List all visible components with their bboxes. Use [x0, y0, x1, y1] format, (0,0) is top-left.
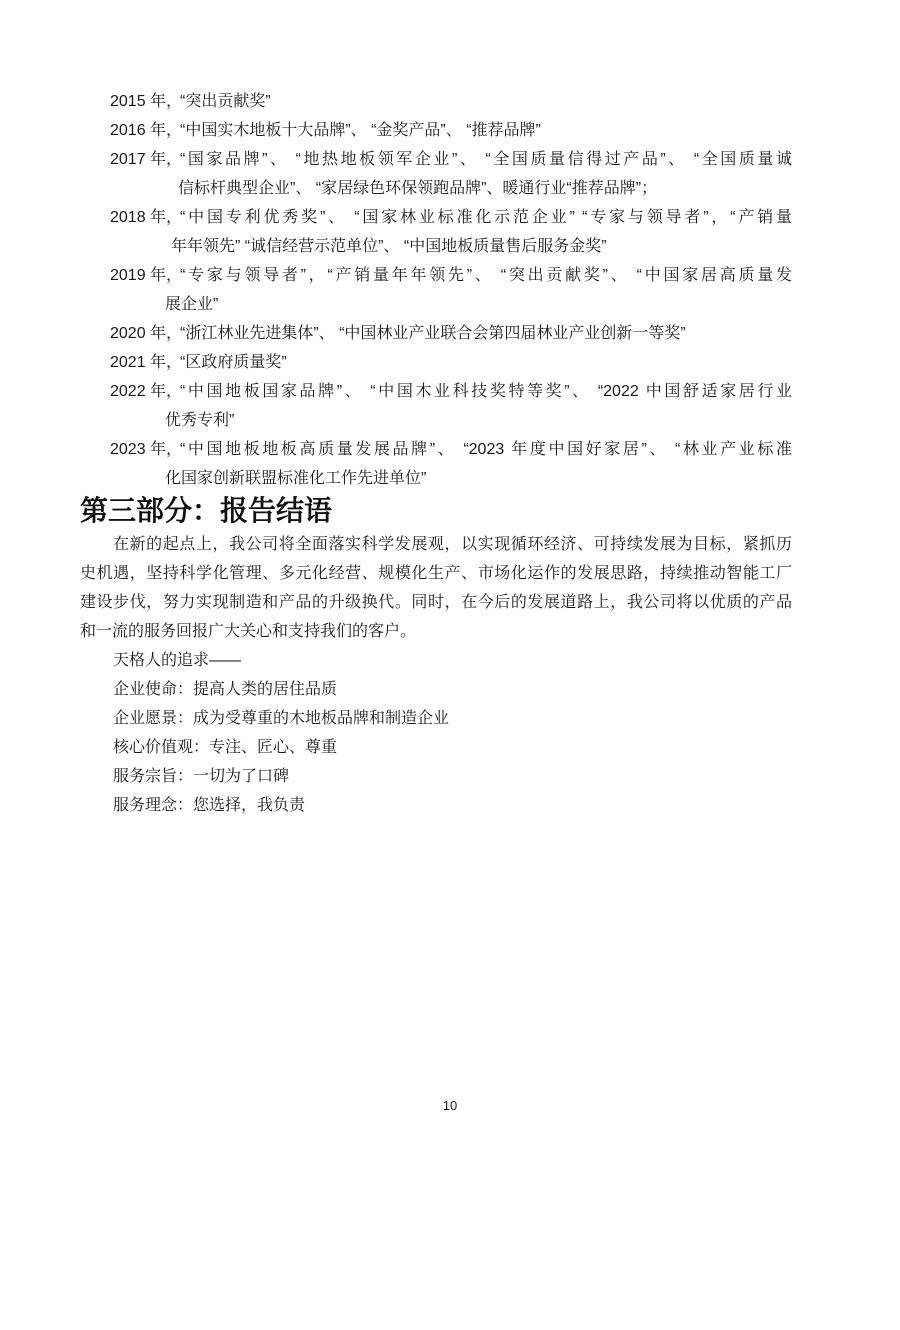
award-entry-2023: 2023 年， “中国地板地板高质量发展品牌”、 “2023 年度中国好家居”、… — [110, 435, 792, 464]
award-text: “国家品牌”、 “地热地板领军企业”、 “全国质量信得过产品”、 “全国质量诚 — [180, 145, 792, 174]
award-year: 2015 年， — [110, 87, 180, 116]
award-text-continuation: 优秀专利” — [165, 406, 792, 435]
award-text: “中国实木地板十大品牌”、 “金奖产品”、 “推荐品牌” — [180, 116, 792, 145]
award-text: “中国地板地板高质量发展品牌”、 “2023 年度中国好家居”、 “林业产业标准 — [180, 435, 792, 464]
pursuit-line: 天格人的追求—— — [113, 646, 792, 675]
award-year: 2016 年， — [110, 116, 180, 145]
award-year: 2022 年， — [110, 377, 180, 406]
award-entry-2019: 2019 年， “专家与领导者”，“产销量年年领先”、 “突出贡献奖”、 “中国… — [110, 261, 792, 290]
award-text-continuation: 化国家创新联盟标准化工作先进单位” — [165, 464, 792, 493]
value-line-mission: 企业使命：提高人类的居住品质 — [113, 675, 792, 704]
paragraph-line: 史机遇，坚持科学化管理、多元化经营、规模化生产、市场化运作的发展思路，持续推动智… — [80, 559, 792, 588]
award-text-continuation: 年年领先” “诚信经营示范单位”、 “中国地板质量售后服务金奖” — [171, 232, 792, 261]
value-line-service-aim: 服务宗旨：一切为了口碑 — [113, 762, 792, 791]
document-page: 2015 年， “突出贡献奖” 2016 年， “中国实木地板十大品牌”、 “金… — [0, 0, 900, 1330]
award-year: 2021 年， — [110, 348, 180, 377]
award-text: “突出贡献奖” — [180, 87, 792, 116]
award-entry-2018: 2018 年， “中国专利优秀奖”、 “国家林业标准化示范企业” “专家与领导者… — [110, 203, 792, 232]
award-entry-2021: 2021 年， “区政府质量奖” — [110, 348, 792, 377]
closing-paragraph: 在新的起点上，我公司将全面落实科学发展观，以实现循环经济、可持续发展为目标，紧抓… — [80, 530, 792, 646]
award-text: “专家与领导者”，“产销量年年领先”、 “突出贡献奖”、 “中国家居高质量发 — [180, 261, 792, 290]
value-line-core-values: 核心价值观：专注、匠心、尊重 — [113, 733, 792, 762]
page-number: 10 — [0, 1097, 900, 1115]
paragraph-line: 建设步伐，努力实现制造和产品的升级换代。同时，在今后的发展道路上，我公司将以优质… — [80, 588, 792, 617]
award-text-continuation: 信标杆典型企业”、 “家居绿色环保领跑品牌”、暖通行业“推荐品牌”； — [178, 174, 792, 203]
award-year: 2019 年， — [110, 261, 180, 290]
value-line-vision: 企业愿景：成为受尊重的木地板品牌和制造企业 — [113, 704, 792, 733]
award-entry-2020: 2020 年， “浙江林业先进集体”、 “中国林业产业联合会第四届林业产业创新一… — [110, 319, 792, 348]
award-entry-2016: 2016 年， “中国实木地板十大品牌”、 “金奖产品”、 “推荐品牌” — [110, 116, 792, 145]
page-content: 2015 年， “突出贡献奖” 2016 年， “中国实木地板十大品牌”、 “金… — [80, 87, 792, 820]
award-text-continuation: 展企业” — [165, 290, 792, 319]
award-year: 2020 年， — [110, 319, 180, 348]
award-year: 2023 年， — [110, 435, 180, 464]
paragraph-line: 和一流的服务回报广大关心和支持我们的客户。 — [80, 617, 792, 646]
paragraph-line: 在新的起点上，我公司将全面落实科学发展观，以实现循环经济、可持续发展为目标，紧抓… — [80, 530, 792, 559]
award-text: “区政府质量奖” — [180, 348, 792, 377]
award-text: “中国专利优秀奖”、 “国家林业标准化示范企业” “专家与领导者”，“产销量 — [180, 203, 792, 232]
award-text: “中国地板国家品牌”、 “中国木业科技奖特等奖”、 “2022 中国舒适家居行业 — [180, 377, 792, 406]
award-entry-2015: 2015 年， “突出贡献奖” — [110, 87, 792, 116]
award-year: 2018 年， — [110, 203, 180, 232]
award-text: “浙江林业先进集体”、 “中国林业产业联合会第四届林业产业创新一等奖” — [180, 319, 792, 348]
section-heading: 第三部分：报告结语 — [80, 495, 792, 526]
value-line-service-philosophy: 服务理念：您选择，我负责 — [113, 791, 792, 820]
award-entry-2017: 2017 年， “国家品牌”、 “地热地板领军企业”、 “全国质量信得过产品”、… — [110, 145, 792, 174]
award-entry-2022: 2022 年， “中国地板国家品牌”、 “中国木业科技奖特等奖”、 “2022 … — [110, 377, 792, 406]
award-year: 2017 年， — [110, 145, 180, 174]
